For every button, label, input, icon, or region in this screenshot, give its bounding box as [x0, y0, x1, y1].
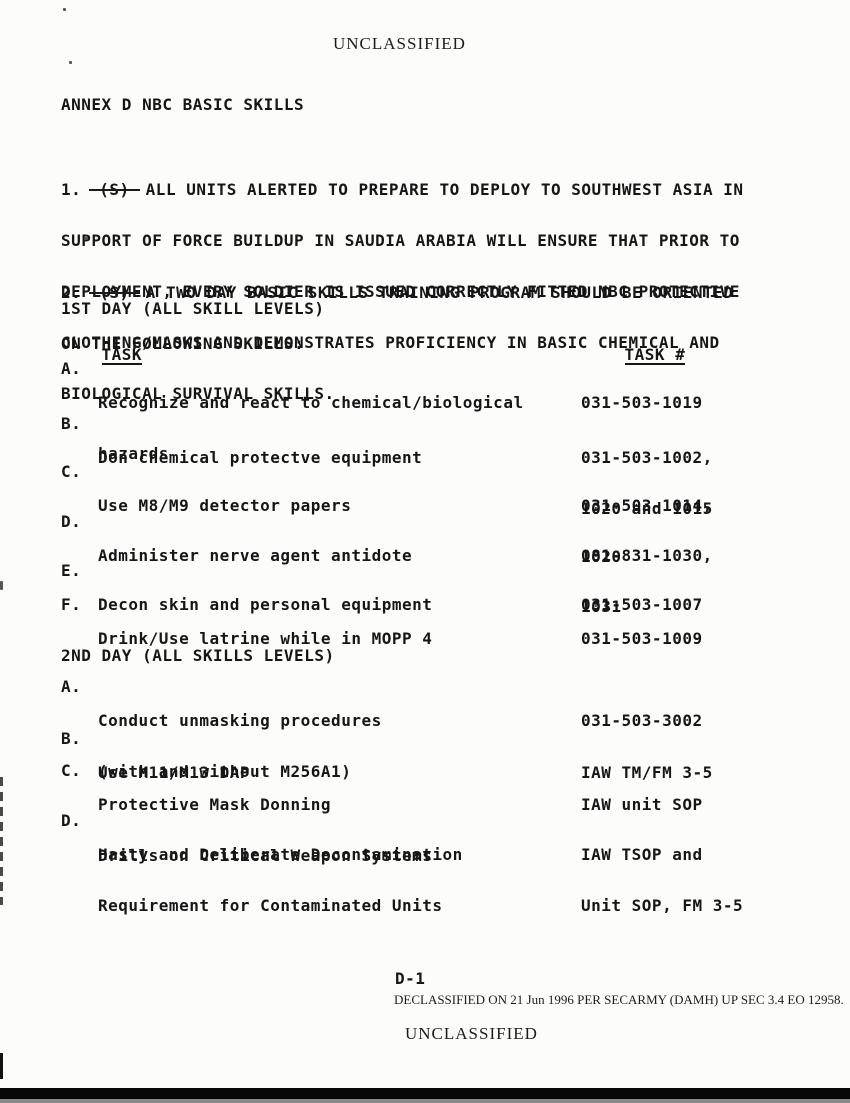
classification-mark-struck: (S)	[89, 181, 139, 198]
task-number: 031-503-1009	[581, 596, 703, 681]
task-letter: C.	[61, 463, 81, 480]
task-letter: C.	[61, 762, 81, 779]
task-letter: D.	[61, 513, 81, 530]
task-letter: A.	[61, 360, 81, 377]
scan-artifact-bottom-edge	[0, 1099, 850, 1103]
header-classification: UNCLASSIFIED	[333, 34, 466, 54]
task-letter: D.	[61, 812, 81, 829]
scan-artifact-bottom-bar	[0, 1088, 850, 1099]
task-letter: B.	[61, 730, 81, 747]
day2-heading: 2ND DAY (ALL SKILLS LEVELS)	[61, 647, 335, 664]
scan-artifact-speck	[69, 61, 72, 64]
footer-classification: UNCLASSIFIED	[405, 1024, 538, 1044]
day1-heading: 1ST DAY (ALL SKILL LEVELS)	[61, 300, 324, 317]
task-letter: A.	[61, 678, 81, 695]
table-row: D. Hasty and Deliberate Decontamination …	[0, 812, 850, 897]
scan-artifact-speck	[84, 237, 88, 240]
scan-artifact-left-tick	[0, 1053, 3, 1079]
paragraph-1-line-1: 1.(S)ALL UNITS ALERTED TO PREPARE TO DEP…	[61, 181, 744, 198]
task-letter: F.	[61, 596, 81, 613]
scan-artifact-left-dashes	[0, 777, 3, 905]
declassification-stamp: DECLASSIFIED ON 21 Jun 1996 PER SECARMY …	[394, 992, 844, 1008]
paragraph-number: 1.	[61, 180, 81, 199]
scan-artifact-speck	[0, 581, 3, 590]
page-number: D-1	[395, 970, 425, 987]
scan-artifact-speck	[63, 8, 66, 11]
table-row: F. Drink/Use latrine while in MOPP 4 031…	[0, 596, 850, 681]
paragraph-1-line-2: SUPPORT OF FORCE BUILDUP IN SAUDIA ARABI…	[61, 232, 744, 249]
task-desc: Drink/Use latrine while in MOPP 4	[98, 596, 432, 681]
task-letter: E.	[61, 562, 81, 579]
task-number: IAW TSOP and Unit SOP, FM 3-5	[581, 812, 743, 948]
task-desc: Hasty and Deliberate Decontamination Req…	[98, 812, 463, 948]
task-letter: B.	[61, 415, 81, 432]
page-title: ANNEX D NBC BASIC SKILLS	[61, 96, 304, 113]
document-page: UNCLASSIFIED ANNEX D NBC BASIC SKILLS 1.…	[0, 0, 850, 1103]
paragraph-text: ALL UNITS ALERTED TO PREPARE TO DEPLOY T…	[146, 180, 744, 199]
